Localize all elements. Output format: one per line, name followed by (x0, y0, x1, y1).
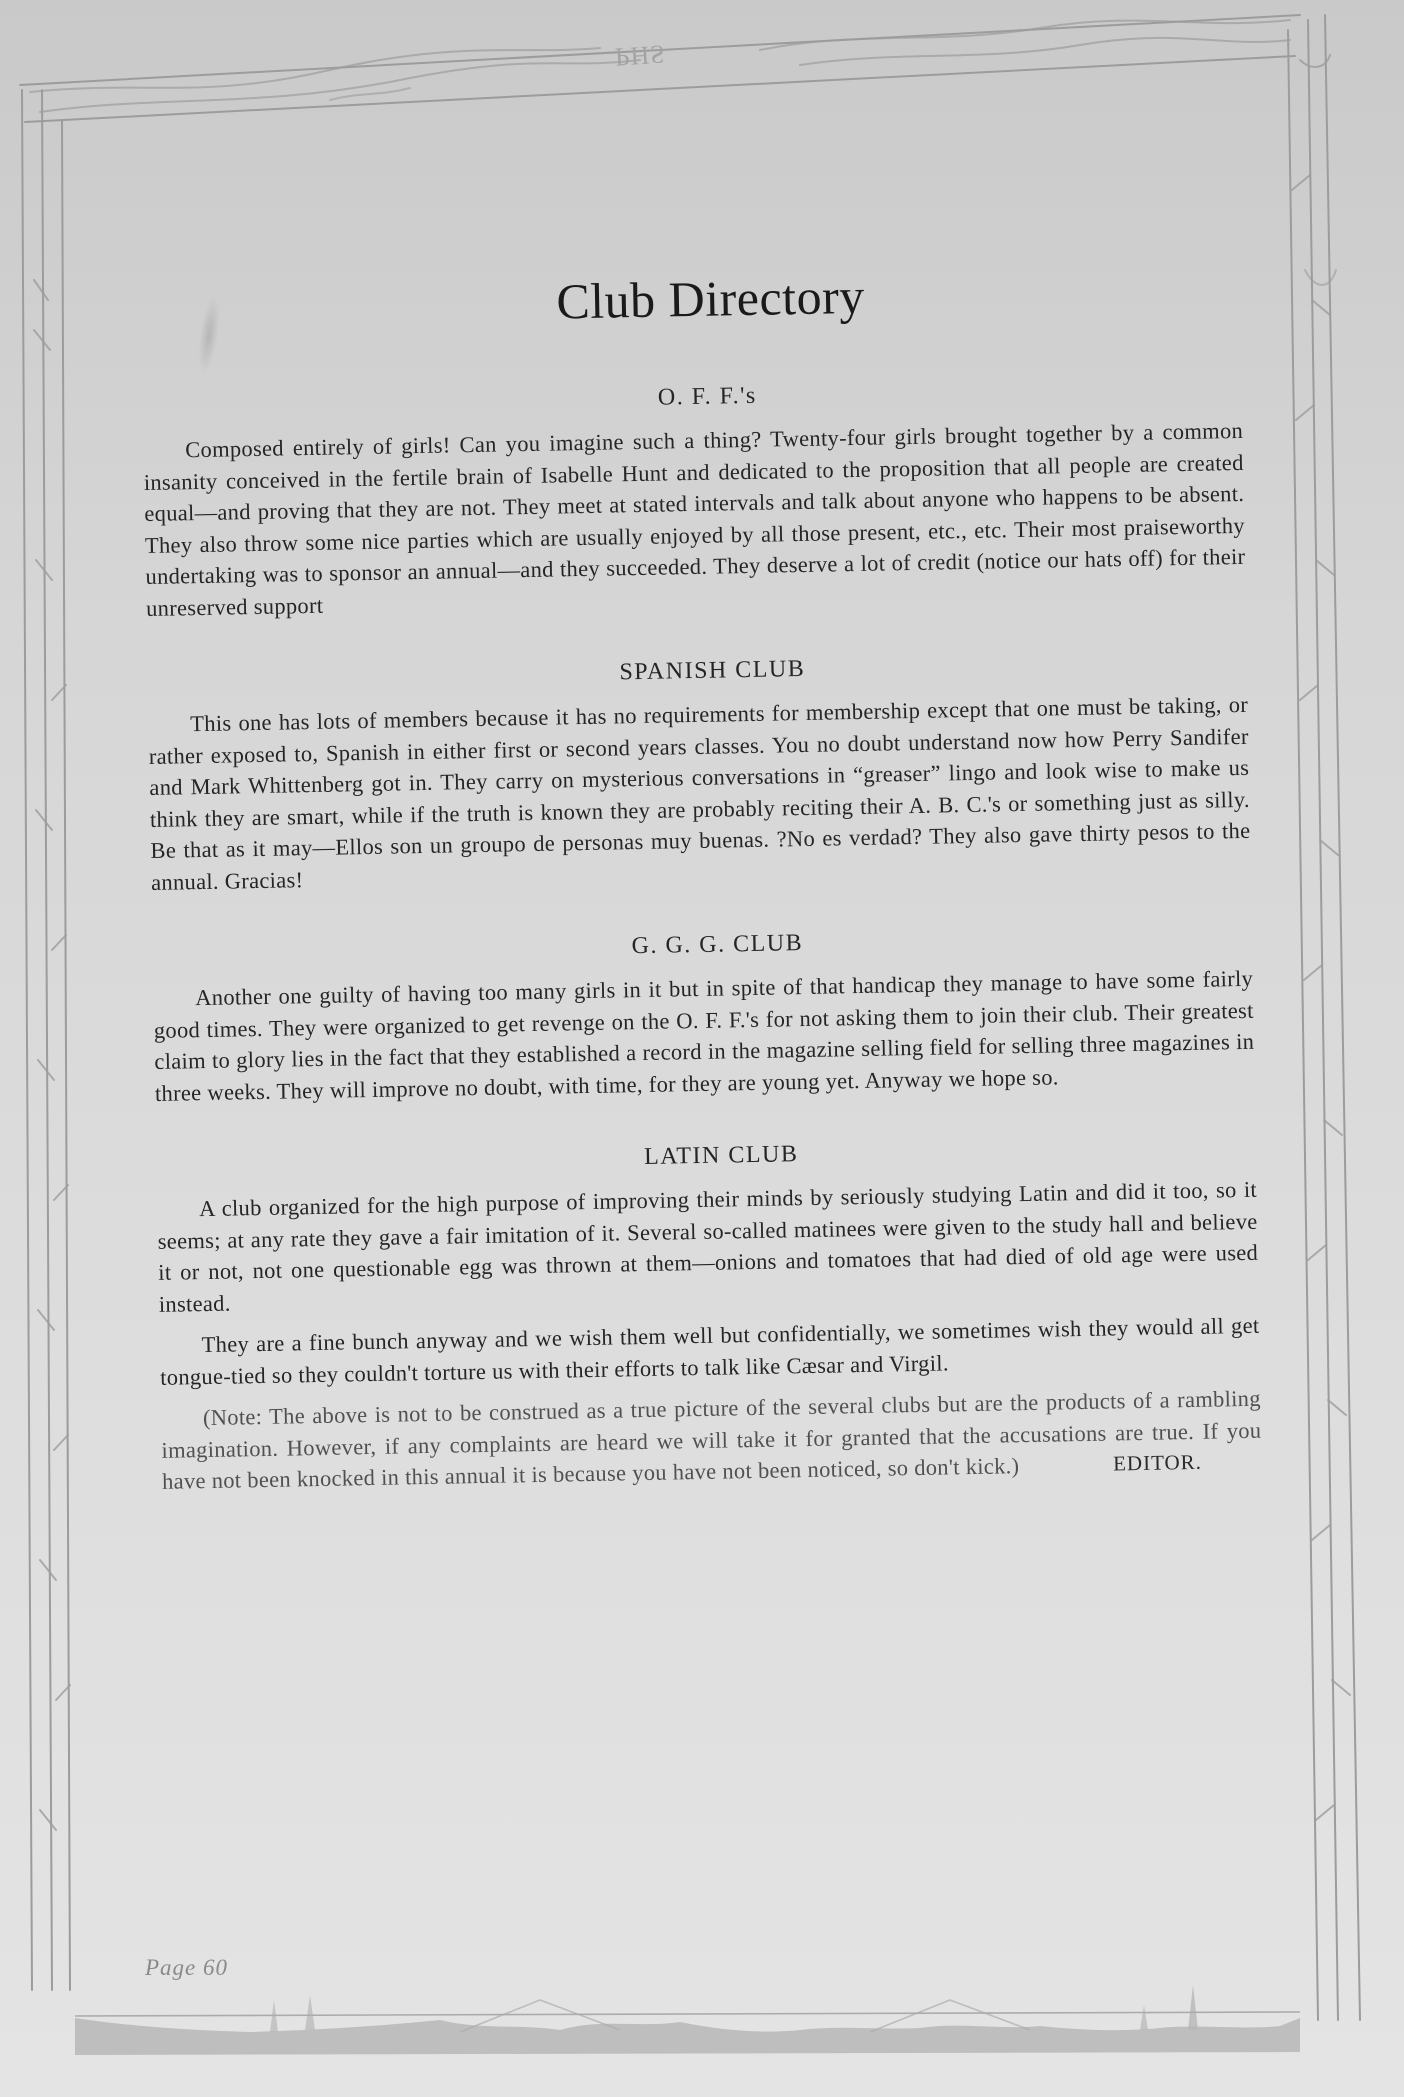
bottom-landscape (75, 1985, 1300, 2055)
section-paragraph: Composed entirely of girls! Can you imag… (143, 415, 1246, 624)
right-pillar (1288, 15, 1360, 2020)
section-paragraph: This one has lots of members because it … (148, 689, 1251, 898)
section-paragraph: Another one guilty of having too many gi… (153, 963, 1255, 1109)
school-monogram: PHS (614, 38, 667, 71)
section-ggg-club: G. G. G. CLUB Another one guilty of havi… (152, 922, 1255, 1109)
section-latin-club: LATIN CLUB A club organized for the high… (156, 1133, 1262, 1498)
section-off: O. F. F.'s Composed entirely of girls! C… (142, 374, 1246, 624)
left-pillar (22, 90, 70, 1990)
section-paragraph: A club organized for the high purpose of… (157, 1174, 1259, 1320)
editor-note: (Note: The above is not to be construed … (161, 1383, 1263, 1498)
section-heading: SPANISH CLUB (147, 648, 1247, 695)
section-spanish-club: SPANISH CLUB This one has lots of member… (147, 648, 1251, 898)
editor-signature: EDITOR. (1071, 1447, 1202, 1481)
section-heading: O. F. F.'s (142, 374, 1242, 421)
page-content: Club Directory O. F. F.'s Composed entir… (140, 260, 1263, 1541)
section-heading: LATIN CLUB (156, 1133, 1256, 1180)
section-heading: G. G. G. CLUB (152, 922, 1252, 969)
page-number: Page 60 (145, 1955, 228, 1981)
section-paragraph: They are a fine bunch anyway and we wish… (159, 1310, 1260, 1393)
